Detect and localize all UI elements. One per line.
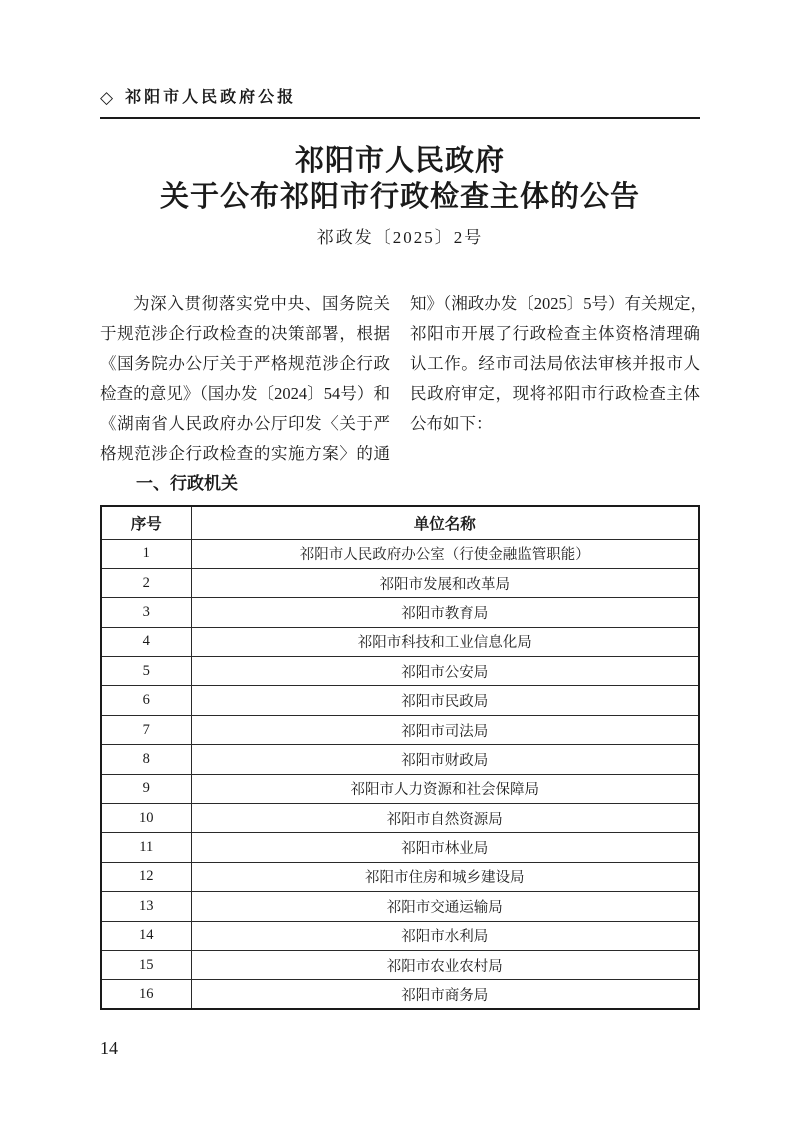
table-row: 9 祁阳市人力资源和社会保障局: [101, 774, 699, 803]
table-row: 2 祁阳市发展和改革局: [101, 568, 699, 597]
table-row: 11 祁阳市林业局: [101, 833, 699, 862]
body-line: 检查的意见》（国办发〔2024〕54号）和: [100, 379, 390, 409]
row-no: 5: [101, 657, 191, 686]
row-name: 祁阳市民政局: [191, 686, 699, 715]
row-no: 14: [101, 921, 191, 950]
row-name: 祁阳市公安局: [191, 657, 699, 686]
row-name: 祁阳市住房和城乡建设局: [191, 862, 699, 891]
row-no: 8: [101, 745, 191, 774]
table-row: 10 祁阳市自然资源局: [101, 804, 699, 833]
row-no: 4: [101, 627, 191, 656]
row-no: 16: [101, 980, 191, 1009]
column-header-name: 单位名称: [191, 506, 699, 539]
document-number: 祁政发〔2025〕2号: [100, 227, 700, 249]
row-no: 10: [101, 804, 191, 833]
row-name: 祁阳市交通运输局: [191, 892, 699, 921]
body-line: 祁阳市开展了行政检查主体资格清理确: [410, 319, 700, 349]
body-line: 民政府审定，现将祁阳市行政检查主体: [410, 379, 700, 409]
row-no: 9: [101, 774, 191, 803]
gazette-title: 祁阳市人民政府公报: [125, 88, 296, 108]
body-line: 《国务院办公厅关于严格规范涉企行政: [100, 349, 390, 379]
row-no: 13: [101, 892, 191, 921]
row-name: 祁阳市农业农村局: [191, 950, 699, 979]
column-header-no: 序号: [101, 506, 191, 539]
row-name: 祁阳市教育局: [191, 598, 699, 627]
page-number: 14: [100, 1038, 118, 1059]
body-line: 为深入贯彻落实党中央、国务院关: [100, 289, 390, 319]
row-name: 祁阳市商务局: [191, 980, 699, 1009]
row-no: 6: [101, 686, 191, 715]
units-table: 序号 单位名称 1 祁阳市人民政府办公室（行使金融监管职能） 2 祁阳市发展和改…: [100, 505, 700, 1010]
body-columns: 为深入贯彻落实党中央、国务院关 于规范涉企行政检查的决策部署，根据 《国务院办公…: [100, 289, 700, 497]
row-name: 祁阳市人力资源和社会保障局: [191, 774, 699, 803]
document-title-line2: 关于公布祁阳市行政检查主体的公告: [100, 179, 700, 215]
table-row: 12 祁阳市住房和城乡建设局: [101, 862, 699, 891]
body-line: 《湖南省人民政府办公厅印发〈关于严: [100, 409, 390, 439]
gazette-page: ◇ 祁阳市人民政府公报 祁阳市人民政府 关于公布祁阳市行政检查主体的公告 祁政发…: [0, 0, 793, 1122]
row-name: 祁阳市发展和改革局: [191, 568, 699, 597]
body-column-left: 为深入贯彻落实党中央、国务院关 于规范涉企行政检查的决策部署，根据 《国务院办公…: [100, 289, 390, 497]
row-no: 11: [101, 833, 191, 862]
row-no: 3: [101, 598, 191, 627]
body-line: 公布如下：: [410, 409, 700, 439]
row-name: 祁阳市自然资源局: [191, 804, 699, 833]
row-name: 祁阳市水利局: [191, 921, 699, 950]
diamond-icon: ◇: [100, 88, 113, 108]
table-row: 3 祁阳市教育局: [101, 598, 699, 627]
table-row: 8 祁阳市财政局: [101, 745, 699, 774]
row-no: 12: [101, 862, 191, 891]
row-name: 祁阳市林业局: [191, 833, 699, 862]
table-row: 15 祁阳市农业农村局: [101, 950, 699, 979]
row-no: 2: [101, 568, 191, 597]
table-row: 7 祁阳市司法局: [101, 715, 699, 744]
row-no: 15: [101, 950, 191, 979]
document-title-line1: 祁阳市人民政府: [100, 143, 700, 179]
document-title: 祁阳市人民政府 关于公布祁阳市行政检查主体的公告: [100, 143, 700, 215]
row-name: 祁阳市财政局: [191, 745, 699, 774]
table-row: 14 祁阳市水利局: [101, 921, 699, 950]
row-no: 1: [101, 539, 191, 568]
masthead: ◇ 祁阳市人民政府公报: [100, 88, 700, 119]
table-row: 1 祁阳市人民政府办公室（行使金融监管职能）: [101, 539, 699, 568]
table-header-row: 序号 单位名称: [101, 506, 699, 539]
row-name: 祁阳市司法局: [191, 715, 699, 744]
body-line: 知》（湘政办发〔2025〕5号）有关规定，: [410, 289, 700, 319]
table-row: 4 祁阳市科技和工业信息化局: [101, 627, 699, 656]
section-heading: 一、行政机关: [100, 471, 390, 497]
body-column-right: 知》（湘政办发〔2025〕5号）有关规定， 祁阳市开展了行政检查主体资格清理确 …: [410, 289, 700, 497]
body-line: 格规范涉企行政检查的实施方案〉的通: [100, 439, 390, 469]
page-content: ◇ 祁阳市人民政府公报 祁阳市人民政府 关于公布祁阳市行政检查主体的公告 祁政发…: [100, 88, 700, 1010]
body-line: 认工作。经市司法局依法审核并报市人: [410, 349, 700, 379]
row-name: 祁阳市人民政府办公室（行使金融监管职能）: [191, 539, 699, 568]
table-row: 13 祁阳市交通运输局: [101, 892, 699, 921]
row-no: 7: [101, 715, 191, 744]
table-row: 16 祁阳市商务局: [101, 980, 699, 1009]
table-row: 5 祁阳市公安局: [101, 657, 699, 686]
table-row: 6 祁阳市民政局: [101, 686, 699, 715]
row-name: 祁阳市科技和工业信息化局: [191, 627, 699, 656]
body-line: 于规范涉企行政检查的决策部署，根据: [100, 319, 390, 349]
